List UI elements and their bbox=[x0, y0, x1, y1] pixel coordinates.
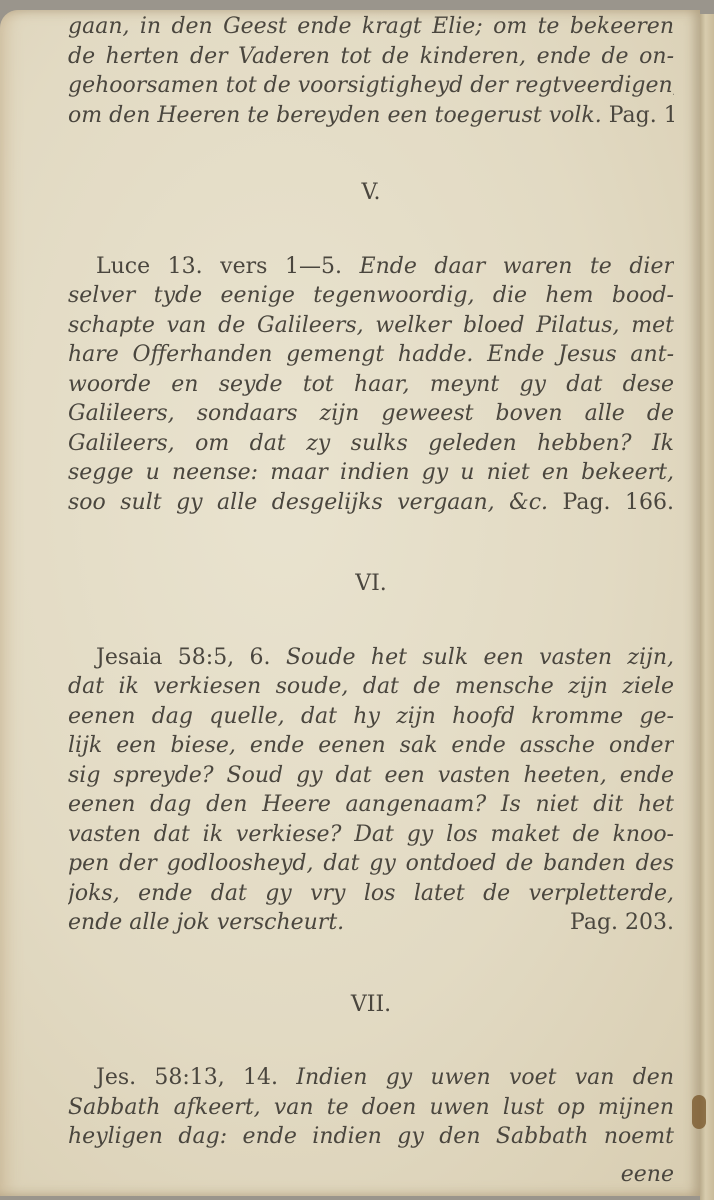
paragraph-vii: Jes. 58:13, 14. Indien gy uwen voet van … bbox=[68, 1063, 674, 1189]
paragraph-continuation: gaan, in den Geest ende kragt Elie; om t… bbox=[68, 12, 674, 130]
page-edge bbox=[700, 14, 714, 1200]
text-line: gaan, in den Geest ende kragt Elie; om t… bbox=[68, 12, 674, 42]
page-stain bbox=[692, 1095, 706, 1129]
text-fragment: soo sult gy alle desgelijks vergaan, &c. bbox=[68, 490, 548, 515]
text-line: eenen dag quelle, dat hy zijn hoofd krom… bbox=[68, 702, 674, 732]
text-line: dat ik verkiesen soude, dat de mensche z… bbox=[68, 672, 674, 702]
text-line: lijk een biese, ende eenen sak ende assc… bbox=[68, 731, 674, 761]
scripture-reference: Luce 13. vers 1—5. bbox=[96, 254, 342, 279]
paragraph-vi: Jesaia 58:5, 6. Soude het sulk een vaste… bbox=[68, 643, 674, 938]
text-fragment: ende alle jok verscheurt. bbox=[68, 908, 344, 938]
text-line: hare Offerhanden gemengt hadde. Ende Jes… bbox=[68, 340, 674, 370]
page-reference: Pag. 166. bbox=[563, 490, 674, 515]
text-fragment: Soude het sulk een vasten zijn, bbox=[286, 645, 674, 670]
text-line: Galileers, sondaars zijn geweest boven a… bbox=[68, 399, 674, 429]
section-heading-vii: VII. bbox=[68, 990, 674, 1020]
text-line: selver tyde eenige tegenwoordig, die hem… bbox=[68, 281, 674, 311]
text-fragment: om den Heeren te bereyden een toegerust … bbox=[68, 103, 602, 128]
text-line: de herten der Vaderen tot de kinderen, e… bbox=[68, 42, 674, 72]
text-line: Jes. 58:13, 14. Indien gy uwen voet van … bbox=[68, 1063, 674, 1093]
text-line: Sabbath afkeert, van te doen uwen lust o… bbox=[68, 1093, 674, 1123]
text-line-last: om den Heeren te bereyden een toegerust … bbox=[68, 101, 674, 131]
text-line: vasten dat ik verkiese? Dat gy los maket… bbox=[68, 820, 674, 850]
text-line: sig spreyde? Soud gy dat een vasten heet… bbox=[68, 761, 674, 791]
text-line: Jesaia 58:5, 6. Soude het sulk een vaste… bbox=[68, 643, 674, 673]
text-line: eenen dag den Heere aangenaam? Is niet d… bbox=[68, 790, 674, 820]
text-line-last: ende alle jok verscheurt.Pag. 203. bbox=[68, 908, 674, 938]
section-heading-vi: VI. bbox=[68, 569, 674, 599]
book-photo: gaan, in den Geest ende kragt Elie; om t… bbox=[0, 0, 714, 1200]
text-line: Galileers, om dat zy sulks geleden hebbe… bbox=[68, 429, 674, 459]
text-line: gehoorsamen tot de voorsigtigheyd der re… bbox=[68, 71, 674, 101]
scripture-reference: Jesaia 58:5, 6. bbox=[96, 645, 271, 670]
text-line: heyligen dag: ende indien gy den Sabbath… bbox=[68, 1122, 674, 1152]
page-reference: Pag. 118. bbox=[609, 103, 674, 128]
paragraph-v: Luce 13. vers 1—5. Ende daar waren te di… bbox=[68, 252, 674, 518]
text-line: Luce 13. vers 1—5. Ende daar waren te di… bbox=[68, 252, 674, 282]
text-fragment: Ende daar waren te dier bbox=[360, 254, 674, 279]
text-line: pen der godloosheyd, dat gy ontdoed de b… bbox=[68, 849, 674, 879]
section-heading-v: V. bbox=[68, 178, 674, 208]
text-line: joks, ende dat gy vry los latet de verpl… bbox=[68, 879, 674, 909]
catchword: eene bbox=[68, 1160, 674, 1190]
page-reference: Pag. 203. bbox=[570, 908, 674, 938]
page-text: gaan, in den Geest ende kragt Elie; om t… bbox=[68, 12, 674, 1189]
text-line: segge u neense: maar indien gy u niet en… bbox=[68, 458, 674, 488]
text-fragment: Indien gy uwen voet van den bbox=[296, 1065, 674, 1090]
text-line: woorde en seyde tot haar, meynt gy dat d… bbox=[68, 370, 674, 400]
text-line-last: soo sult gy alle desgelijks vergaan, &c.… bbox=[68, 488, 674, 518]
text-line: schapte van de Galileers, welker bloed P… bbox=[68, 311, 674, 341]
scripture-reference: Jes. 58:13, 14. bbox=[96, 1065, 278, 1090]
